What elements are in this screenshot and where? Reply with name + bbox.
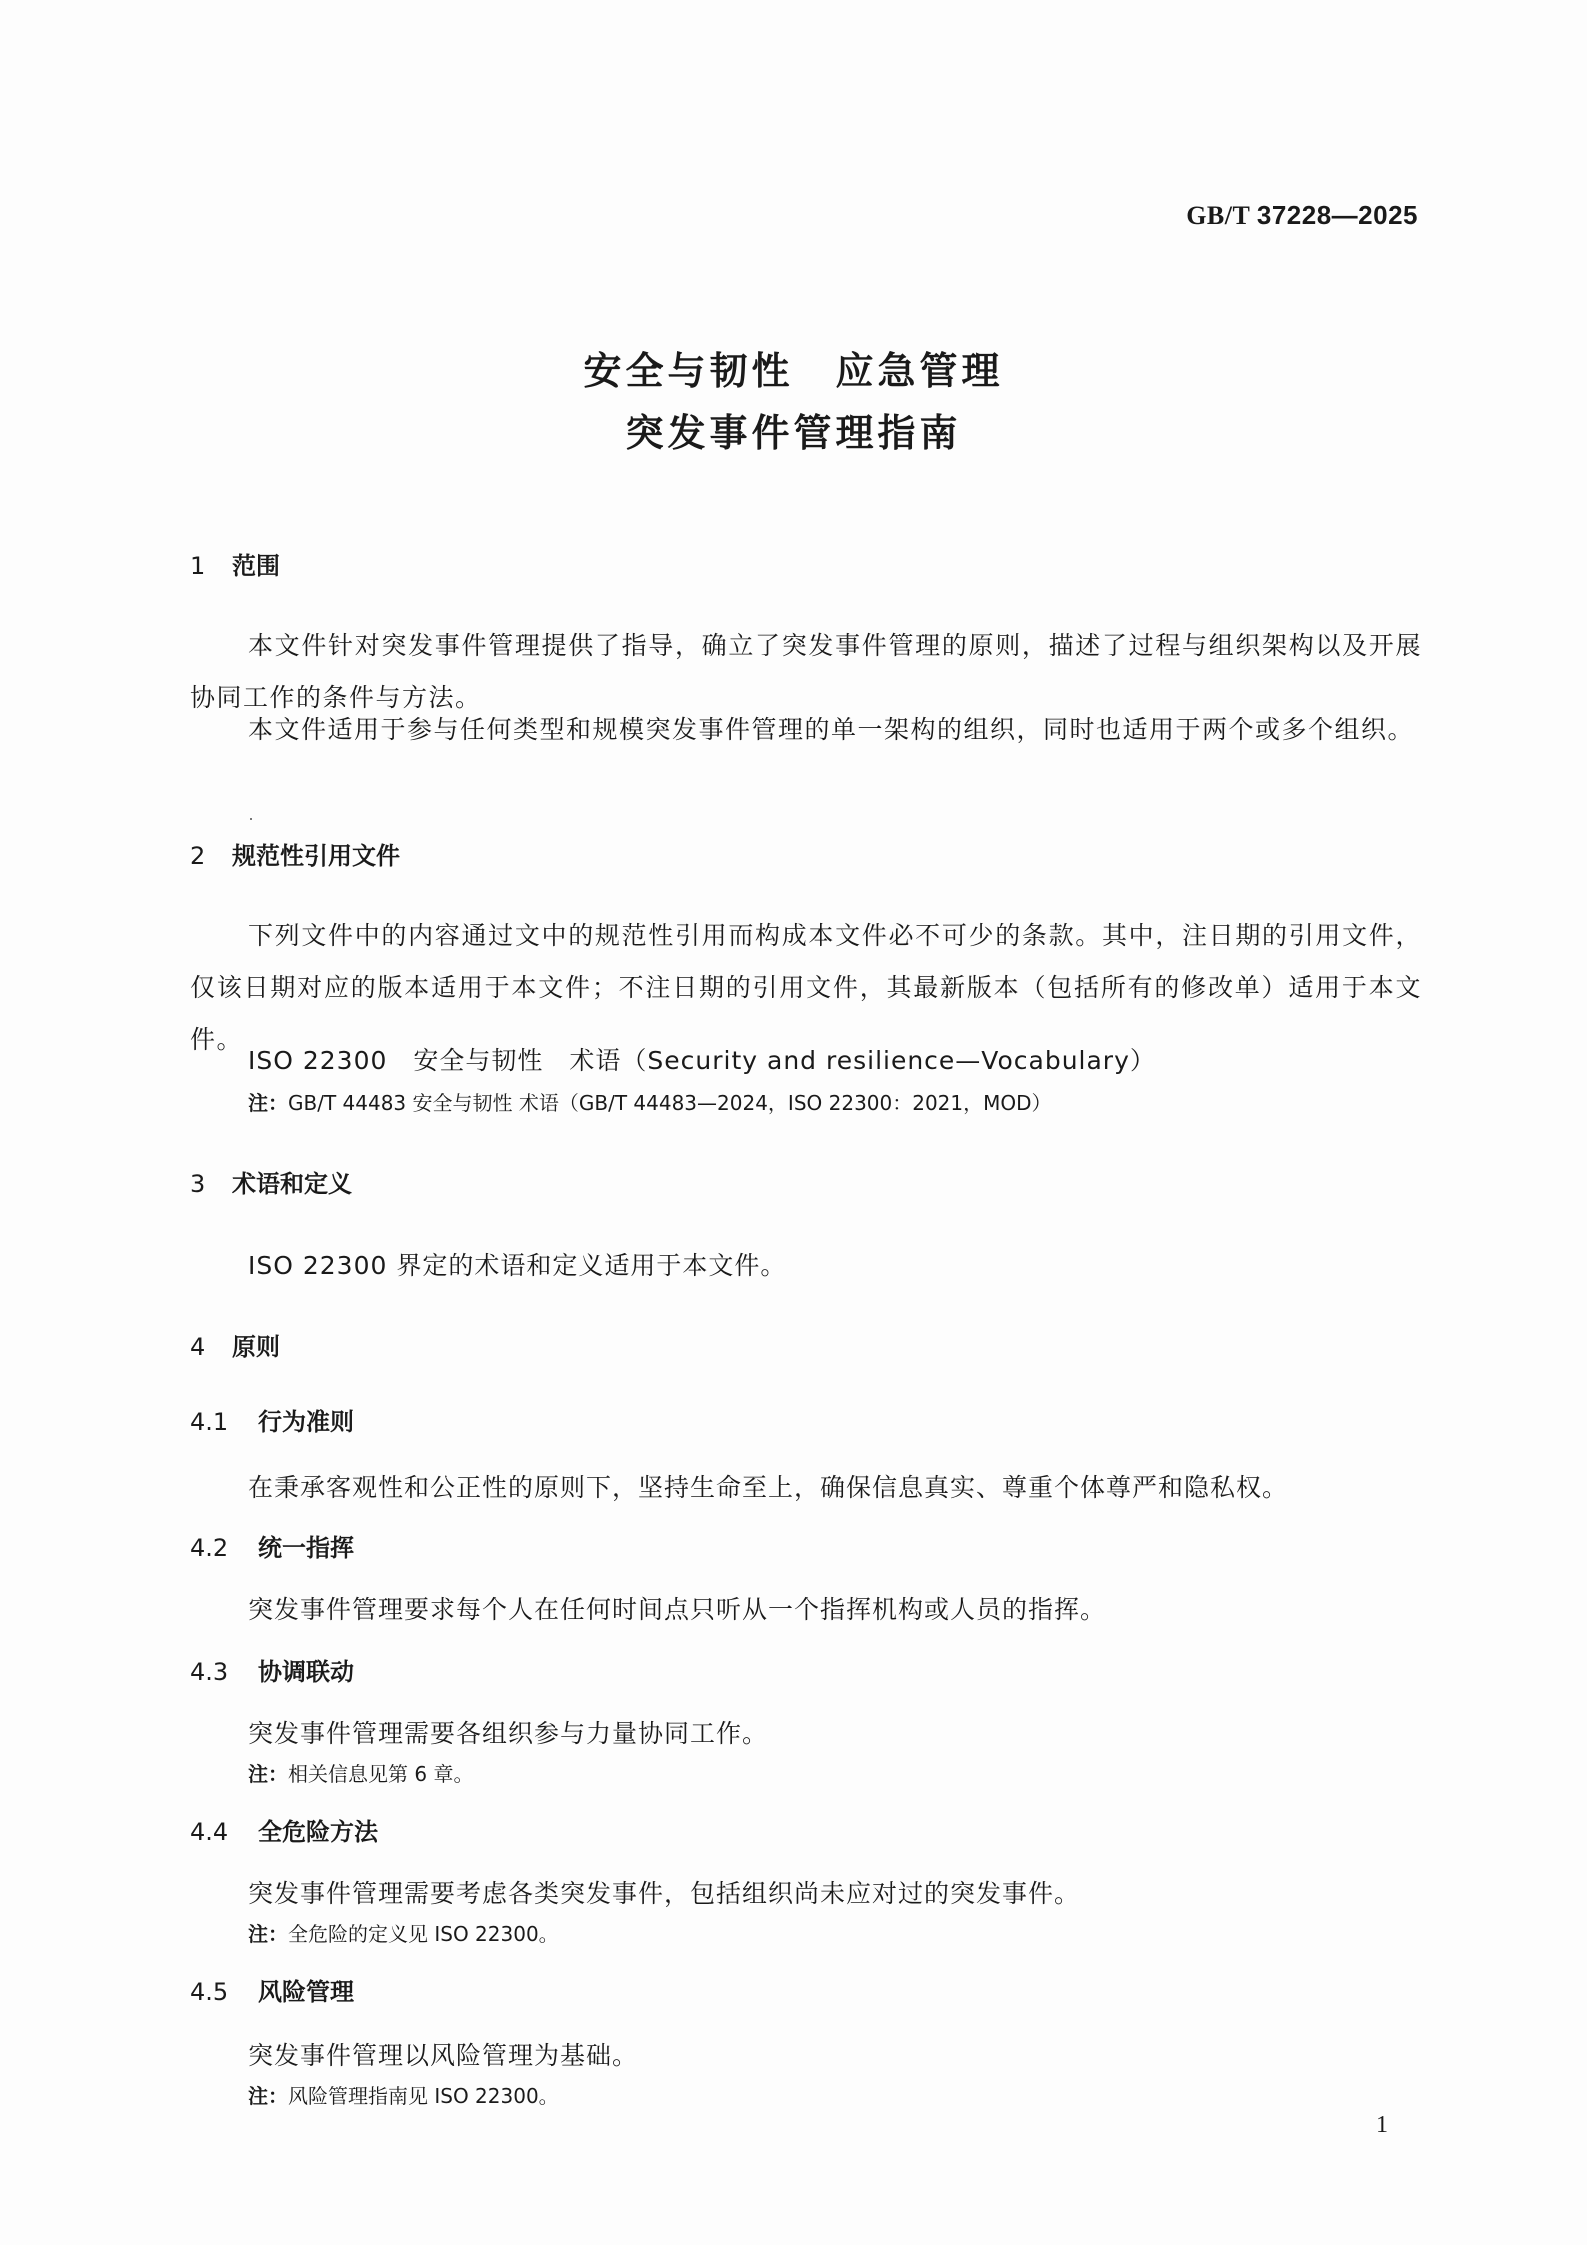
subsection-4-5-note: 注：风险管理指南见 ISO 22300。 (248, 2080, 559, 2109)
scan-speck (250, 818, 252, 820)
document-title-line2: 突发事件管理指南 (0, 402, 1587, 457)
standard-number: GB/T 37228—2025 (1186, 200, 1418, 231)
section-3-paragraph-1: ISO 22300 界定的术语和定义适用于本文件。 (248, 1246, 786, 1282)
section-1-paragraph-2: 本文件适用于参与任何类型和规模突发事件管理的单一架构的组织，同时也适用于两个或多… (190, 704, 1422, 756)
subsection-4-3-note: 注：相关信息见第 6 章。 (248, 1758, 473, 1787)
subsection-4-4-note: 注：全危险的定义见 ISO 22300。 (248, 1918, 559, 1947)
document-page: GB/T 37228—2025 安全与韧性 应急管理 突发事件管理指南 1范围 … (0, 0, 1587, 2245)
subsection-heading-4-1: 4.1行为准则 (190, 1402, 354, 1437)
subsection-4-4-text: 突发事件管理需要考虑各类突发事件，包括组织尚未应对过的突发事件。 (248, 1874, 1080, 1910)
subsection-heading-4-2: 4.2统一指挥 (190, 1528, 354, 1563)
section-heading-1: 1范围 (190, 546, 280, 581)
section-heading-4: 4原则 (190, 1327, 280, 1362)
subsection-4-1-text: 在秉承客观性和公正性的原则下，坚持生命至上，确保信息真实、尊重个体尊严和隐私权。 (248, 1468, 1288, 1504)
subsection-4-5-text: 突发事件管理以风险管理为基础。 (248, 2036, 638, 2072)
standard-prefix: GB/T (1186, 201, 1250, 230)
subsection-heading-4-4: 4.4全危险方法 (190, 1812, 378, 1847)
subsection-4-2-text: 突发事件管理要求每个人在任何时间点只听从一个指挥机构或人员的指挥。 (248, 1590, 1106, 1626)
section-2-note: 注：GB/T 44483 安全与韧性 术语（GB/T 44483—2024，IS… (248, 1087, 1052, 1116)
page-number: 1 (1376, 2112, 1388, 2139)
document-title-line1: 安全与韧性 应急管理 (0, 340, 1587, 395)
subsection-4-3-text: 突发事件管理需要各组织参与力量协同工作。 (248, 1714, 768, 1750)
subsection-heading-4-3: 4.3协调联动 (190, 1652, 354, 1687)
subsection-heading-4-5: 4.5风险管理 (190, 1972, 354, 2007)
section-heading-2: 2规范性引用文件 (190, 836, 400, 871)
standard-code: 37228—2025 (1257, 200, 1418, 230)
section-heading-3: 3术语和定义 (190, 1164, 352, 1199)
normative-reference: ISO 22300 安全与韧性 术语（Security and resilien… (248, 1041, 1156, 1077)
